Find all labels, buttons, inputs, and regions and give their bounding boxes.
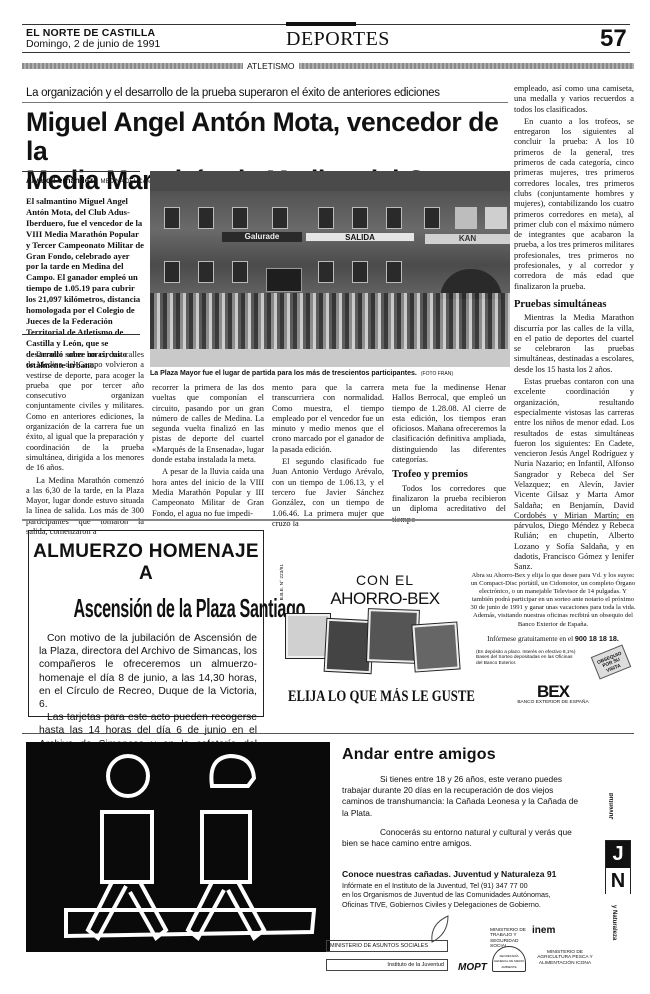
juventud-info: Infórmate en el Instituto de la Juventud… bbox=[342, 881, 592, 909]
photo-credit: (FOTO FRAN) bbox=[421, 371, 453, 377]
juventud-bold-line: Conoce nuestras cañadas. Juventud y Natu… bbox=[342, 869, 556, 879]
bex-prize-photos bbox=[286, 610, 466, 670]
bex-logo: BEX bbox=[470, 682, 636, 702]
atletismo-bar bbox=[22, 63, 634, 69]
jn-logo: J N bbox=[605, 840, 631, 894]
byline-author: Alvaro Fernández. bbox=[26, 176, 95, 185]
jn-logo-n: N bbox=[606, 868, 630, 894]
homenaje-name: Ascensión de la Plaza Santiago bbox=[73, 593, 218, 624]
juventud-title: Andar entre amigos bbox=[342, 746, 496, 764]
subsection-label: ATLETISMO bbox=[243, 61, 299, 71]
instituto-juventud: Instituto de la Juventud bbox=[326, 959, 448, 971]
photo-caption: La Plaza Mayor fue el lugar de partida p… bbox=[150, 370, 520, 377]
photo-banner-right: KAN bbox=[425, 234, 510, 244]
vertical-juventud: Juventud bbox=[609, 793, 615, 820]
bex-logo-subtitle: BANCO EXTERIOR DE ESPAÑA bbox=[470, 700, 636, 705]
article-column-2: recorrer la primera de las dos vueltas q… bbox=[152, 383, 264, 519]
photo-keyboard bbox=[367, 609, 419, 663]
tree-emblem-icon: SECRETARÍA GENERAL DE MEDIO AMBIENTE bbox=[492, 946, 526, 972]
homenaje-ad: ALMUERZO HOMENAJE A Ascensión de la Plaz… bbox=[28, 530, 264, 717]
mopt-logo: MOPT bbox=[458, 962, 487, 973]
bex-fine-print: (En depósito a plazo. Interés en efectiv… bbox=[476, 650, 576, 666]
article-kicker: La organización y el desarrollo de la pr… bbox=[26, 87, 506, 99]
page-number: 57 bbox=[600, 25, 627, 53]
homenaje-title: ALMUERZO HOMENAJE A bbox=[29, 541, 263, 585]
bex-phone-number: 900 18 18 18. bbox=[575, 634, 619, 643]
ministry-asuntos-sociales: MINISTERIO DE ASUNTOS SOCIALES bbox=[326, 940, 448, 952]
bex-con-el: CON EL bbox=[295, 572, 475, 588]
ministerio-agricultura: MINISTERIO DE AGRICULTURA PESCA Y ALIMEN… bbox=[530, 950, 600, 966]
inem-logo: inem bbox=[532, 925, 555, 936]
andar-entre-amigos-illustration bbox=[26, 742, 330, 952]
photo-roofline bbox=[150, 171, 510, 191]
byline-rule bbox=[22, 171, 140, 172]
bex-phone-line: Infórmese gratuitamente en el 900 18 18 … bbox=[470, 634, 636, 643]
masthead-bottom-rule bbox=[22, 52, 630, 53]
article-column-4: meta fue la medinense Henar Hallos Berro… bbox=[392, 383, 506, 525]
jn-logo-j: J bbox=[606, 841, 630, 868]
bex-obsequio-badge: OBSEQUIO POR SU VISITA bbox=[591, 645, 632, 680]
two-walkers-icon bbox=[26, 742, 330, 952]
article-bottom-rule bbox=[22, 519, 634, 521]
subhead-pruebas: Pruebas simultáneas bbox=[514, 300, 634, 310]
subhead-trofeo: Trofeo y premios bbox=[392, 470, 506, 480]
caption-text: La Plaza Mayor fue el lugar de partida p… bbox=[150, 370, 417, 377]
bex-brand: AHORRO-BEX bbox=[295, 589, 475, 609]
photo-crowd-of-runners bbox=[150, 293, 510, 351]
article-column-1: Durante unas horas, las calles de Medina… bbox=[26, 350, 144, 537]
photo-banner-salida: SALIDA bbox=[305, 232, 415, 242]
article-column-3: mento para que la carrera transcurriera … bbox=[272, 383, 384, 529]
race-start-photo: Galurade SALIDA KAN bbox=[150, 171, 510, 367]
juventud-body: Si tienes entre 18 y 26 años, este veran… bbox=[342, 774, 582, 849]
byline: Alvaro Fernández. MEDINA DEL CAMPO bbox=[26, 176, 146, 185]
vertical-naturaleza: y Naturaleza bbox=[611, 905, 617, 940]
headline-line-1: Miguel Angel Antón Mota, vencedor de la bbox=[26, 108, 516, 166]
ads-divider-rule bbox=[22, 733, 634, 734]
bex-slogan: ELIJA LO QUE MÁS LE GUSTE bbox=[288, 688, 452, 706]
section-tab-bar bbox=[286, 22, 356, 26]
kicker-rule bbox=[22, 102, 508, 103]
lead-rule bbox=[22, 334, 140, 335]
article-column-5: empleado, así como una camiseta, una med… bbox=[514, 84, 634, 573]
article-lead: El salmantino Miguel Angel Antón Mota, d… bbox=[26, 196, 144, 371]
photo-banner-left: Galurade bbox=[222, 232, 302, 242]
bex-copy: Abra su Ahorro-Bex y elija lo que desee … bbox=[470, 572, 636, 629]
photo-motorbike bbox=[286, 614, 330, 658]
section-title: DEPORTES bbox=[286, 28, 390, 51]
photo-woman bbox=[325, 619, 374, 673]
photo-man bbox=[412, 623, 459, 672]
issue-date: Domingo, 2 de junio de 1991 bbox=[26, 38, 160, 50]
